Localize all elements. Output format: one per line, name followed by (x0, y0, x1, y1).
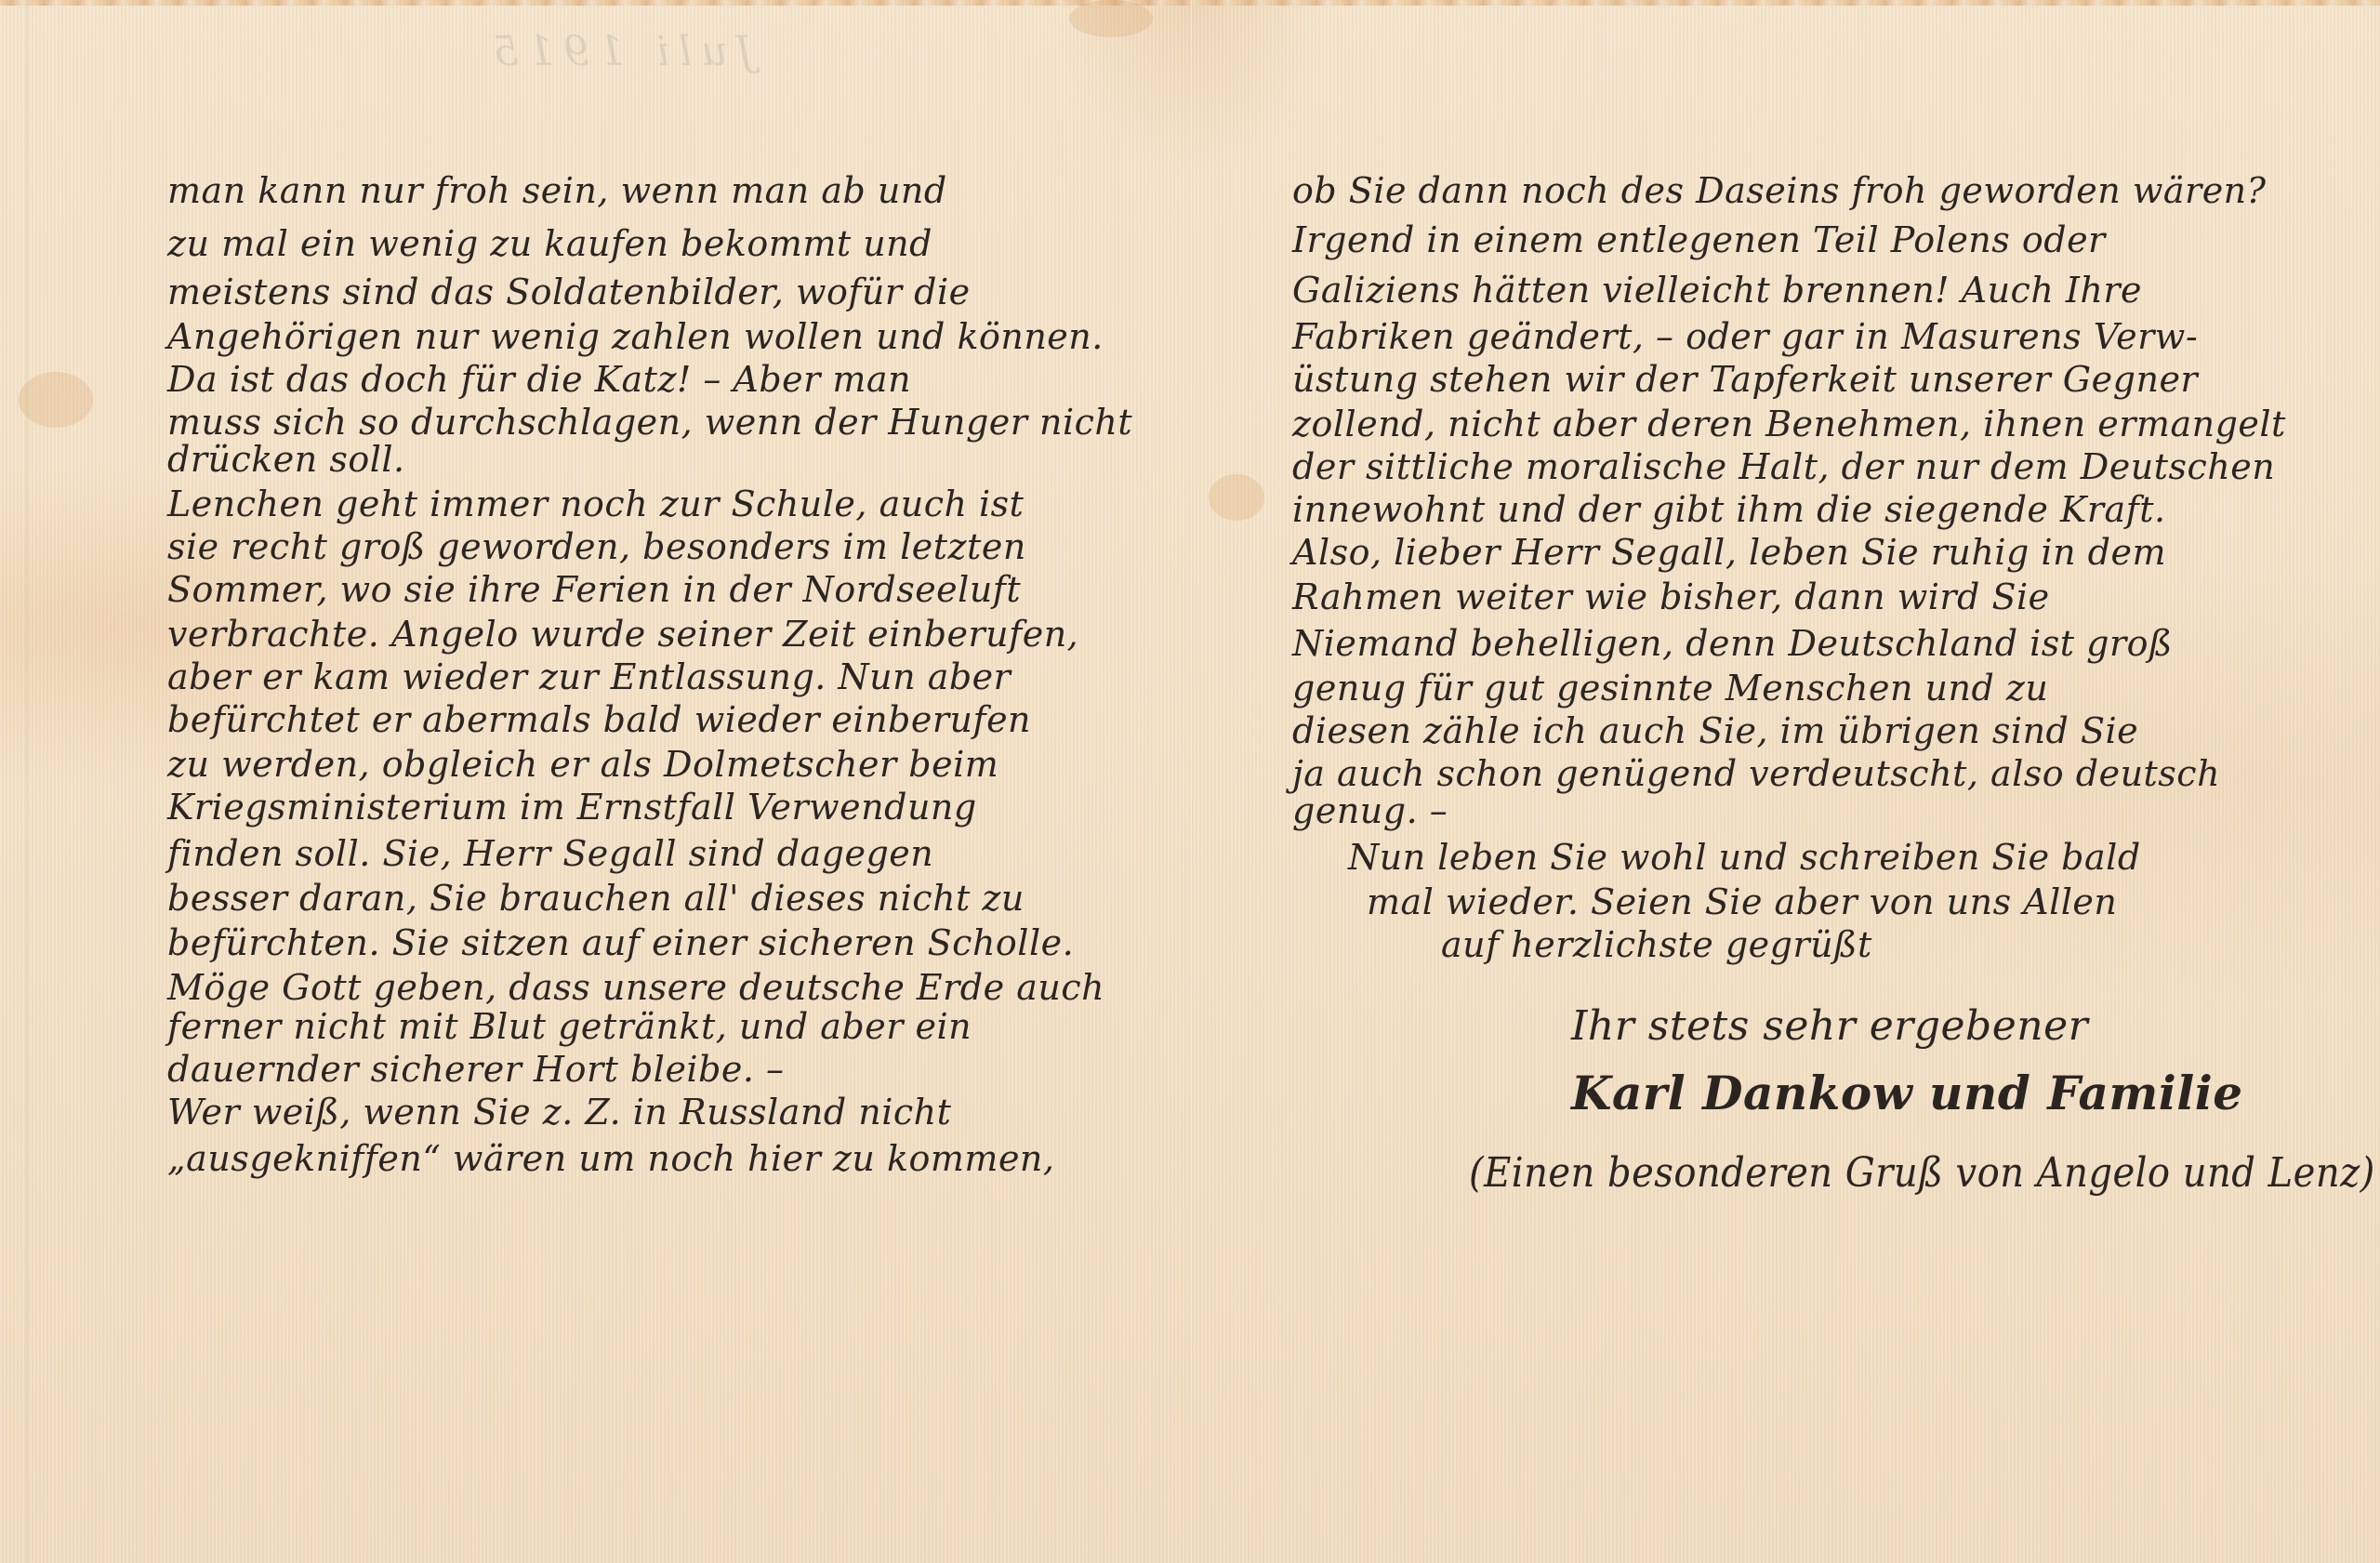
letter-line: zu werden, obgleich er als Dolmetscher b… (167, 744, 998, 785)
letter-line: sie recht groß geworden, besonders im le… (167, 526, 1026, 567)
letter-line: besser daran, Sie brauchen all' dieses n… (167, 878, 1025, 919)
letter-line: finden soll. Sie, Herr Segall sind dageg… (167, 833, 933, 874)
letter-line: Rahmen weiter wie bisher, dann wird Sie (1292, 576, 2050, 617)
letter-line: Niemand behelligen, denn Deutschland ist… (1292, 623, 2173, 664)
letter-line: Galiziens hätten vielleicht brennen! Auc… (1292, 270, 2142, 311)
letter-line: zollend, nicht aber deren Benehmen, ihne… (1292, 404, 2286, 444)
letter-line: muss sich so durchschlagen, wenn der Hun… (167, 402, 1132, 443)
signature: Karl Dankow und Familie (1571, 1073, 2243, 1114)
letter-line: Da ist das doch für die Katz! – Aber man (167, 359, 911, 400)
letter-line: Lenchen geht immer noch zur Schule, auch… (167, 483, 1024, 524)
letter-line: mal wieder. Seien Sie aber von uns Allen (1367, 881, 2117, 922)
letter-line: verbrachte. Angelo wurde seiner Zeit ein… (167, 614, 1078, 655)
letter-line: diesen zähle ich auch Sie, im übrigen si… (1292, 710, 2138, 751)
letter-line: Möge Gott geben, dass unsere deutsche Er… (167, 967, 1104, 1008)
letter-line: Fabriken geändert, – oder gar in Masuren… (1292, 316, 2198, 357)
letter-line: meistens sind das Soldatenbilder, wofür … (167, 272, 971, 312)
letter-line: innewohnt und der gibt ihm die siegende … (1292, 489, 2166, 530)
left-page: man kann nur froh sein, wenn man ab und … (167, 0, 1199, 1563)
letter-line: genug für gut gesinnte Menschen und zu (1292, 668, 2048, 709)
letter-line: befürchten. Sie sitzen auf einer sichere… (167, 922, 1074, 963)
letter-line: ja auch schon genügend verdeutscht, also… (1292, 753, 2220, 794)
letter-line: Sommer, wo sie ihre Ferien in der Nordse… (167, 569, 1021, 610)
letter-line: aber er kam wieder zur Entlassung. Nun a… (167, 656, 1011, 697)
letter-line: Angehörigen nur wenig zahlen wollen und … (167, 316, 1104, 357)
right-page: ob Sie dann noch des Daseins froh geword… (1292, 0, 2375, 1563)
letter-line: drücken soll. (167, 439, 405, 480)
letter-line: dauernder sicherer Hort bleibe. – (167, 1049, 785, 1090)
letter-line: ob Sie dann noch des Daseins froh geword… (1292, 170, 2267, 211)
paper-stain (19, 372, 93, 428)
letter-line: Irgend in einem entlegenen Teil Polens o… (1292, 219, 2106, 260)
postscript: (Einen besonderen Gruß von Angelo und Le… (1469, 1153, 2375, 1194)
letter-line: „ausgekniffen“ wären um noch hier zu kom… (167, 1138, 1054, 1179)
letter-line: der sittliche moralische Halt, der nur d… (1292, 446, 2275, 487)
letter-line: ferner nicht mit Blut getränkt, und aber… (167, 1006, 972, 1047)
letter-line: üstung stehen wir der Tapferkeit unserer… (1292, 359, 2198, 400)
letter-line: Kriegsministerium im Ernstfall Verwendun… (167, 787, 977, 828)
letter-line: man kann nur froh sein, wenn man ab und (167, 170, 947, 211)
valediction: Ihr stets sehr ergebener (1571, 1006, 2088, 1047)
letter-line: auf herzlichste gegrüßt (1441, 924, 1872, 965)
letter-line: Nun leben Sie wohl und schreiben Sie bal… (1348, 837, 2141, 878)
letter-line: zu mal ein wenig zu kaufen bekommt und (167, 223, 932, 264)
letter-line: befürchtet er abermals bald wieder einbe… (167, 699, 1031, 740)
letter-sheet: Juli 1915 man kann nur froh sein, wenn m… (0, 0, 2380, 1563)
letter-line: Wer weiß, wenn Sie z. Z. in Russland nic… (167, 1092, 951, 1133)
left-edge-crease (26, 0, 28, 1563)
paper-stain (1209, 474, 1264, 521)
letter-line: Also, lieber Herr Segall, leben Sie ruhi… (1292, 532, 2166, 573)
letter-line: genug. – (1292, 790, 1448, 831)
